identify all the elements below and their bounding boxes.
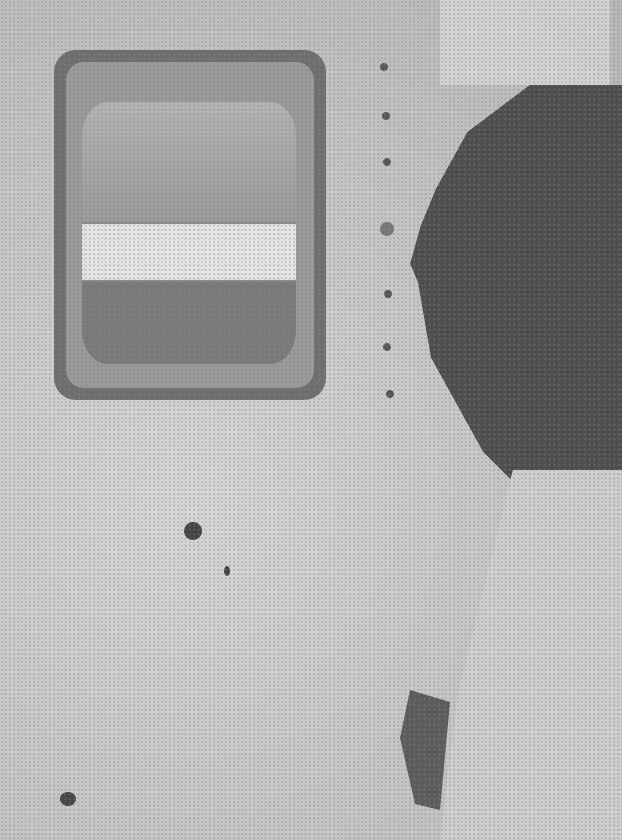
halftone-grain [0, 0, 622, 840]
photograph [0, 0, 622, 840]
